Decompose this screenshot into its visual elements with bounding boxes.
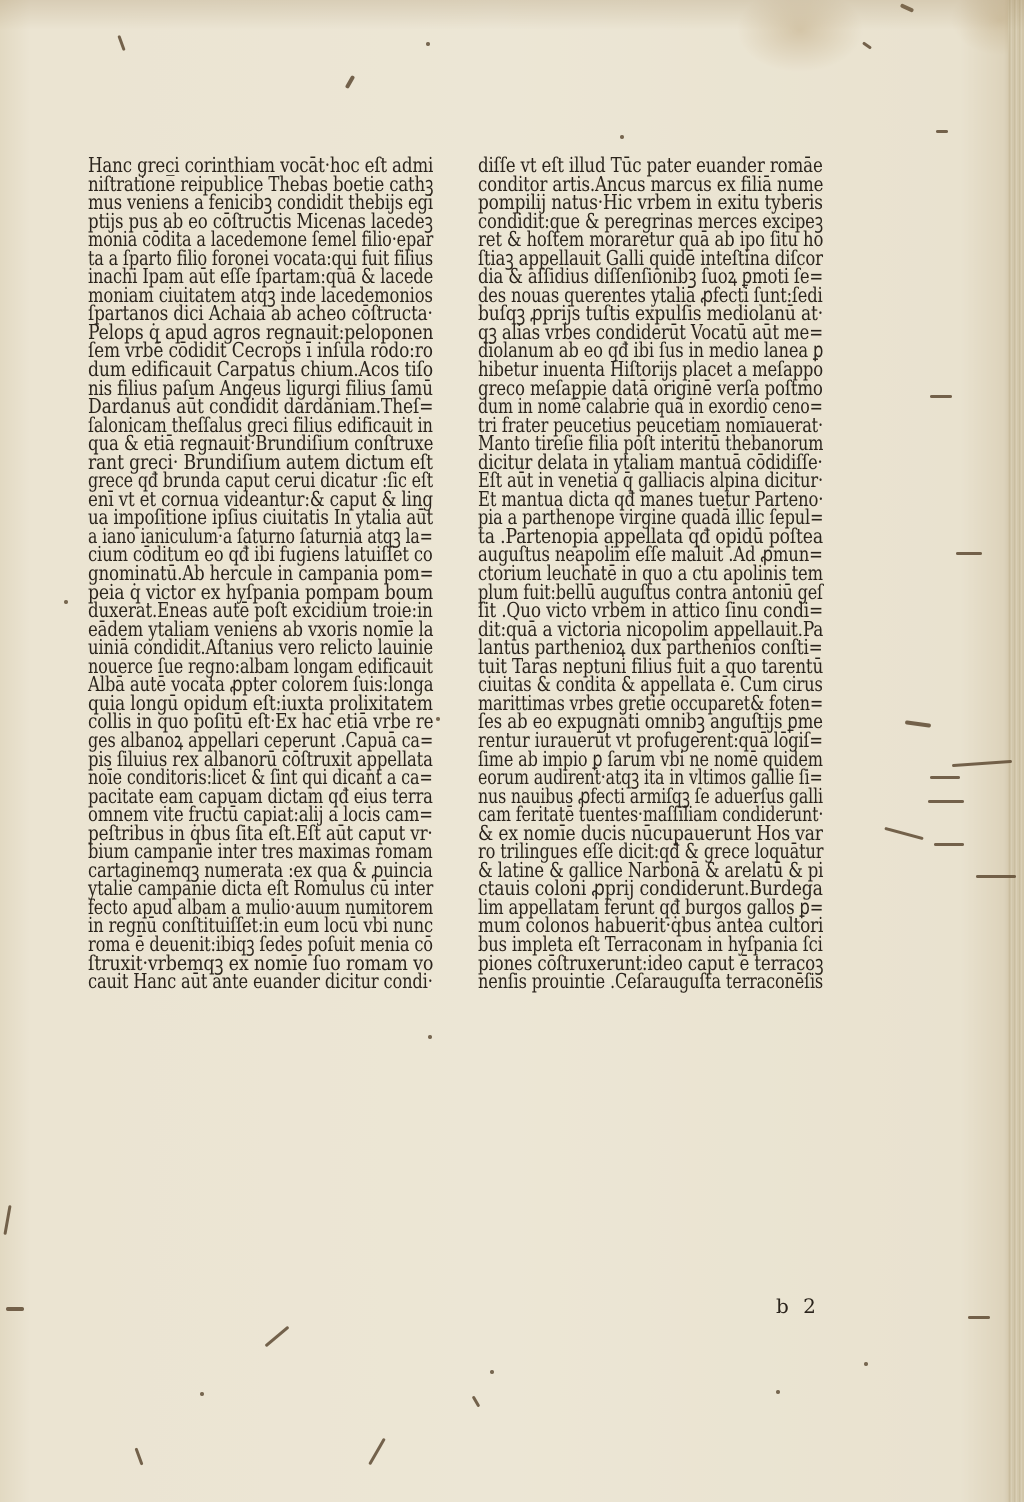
wormhole-mark — [956, 552, 982, 555]
wormhole-dot — [490, 1370, 494, 1374]
wormhole-mark — [930, 395, 952, 398]
wormhole-mark — [905, 720, 931, 728]
wormhole-mark — [884, 827, 923, 840]
text-line: cauit Hanc aūt ante euander dicitur cond… — [88, 972, 362, 991]
wormhole-mark — [3, 1205, 11, 1235]
wormhole-dot — [620, 135, 624, 139]
wormhole-dot — [200, 1392, 204, 1396]
wormhole-dot — [436, 717, 440, 721]
wormhole-mark — [472, 1396, 481, 1408]
text-column-right: diſſe vt eſt illud Tūc pater euander rom… — [478, 156, 823, 991]
signature-mark: b 2 — [776, 1294, 820, 1318]
page-edge-stack — [1008, 0, 1024, 1502]
wormhole-mark — [928, 800, 964, 803]
wormhole-dot — [428, 1035, 432, 1039]
wormhole-mark — [952, 760, 1012, 767]
manuscript-page: Hanc greci corinthiam vocāt·hoc eſt admi… — [0, 0, 1024, 1502]
wormhole-dot — [64, 600, 68, 604]
wormhole-mark — [900, 3, 914, 13]
wormhole-mark — [862, 41, 872, 49]
wormhole-mark — [968, 1316, 990, 1319]
wormhole-mark — [6, 1307, 24, 1311]
text-line: nenſis prouintie .Ceſarauguſta terraconē… — [478, 972, 749, 991]
wormhole-dot — [426, 42, 430, 46]
wormhole-mark — [976, 875, 1016, 878]
wormhole-mark — [934, 843, 964, 846]
wormhole-mark — [368, 1438, 386, 1465]
wormhole-mark — [936, 130, 948, 133]
wormhole-mark — [930, 776, 960, 779]
text-column-left: Hanc greci corinthiam vocāt·hoc eſt admi… — [88, 156, 433, 991]
wormhole-mark — [117, 35, 125, 51]
wormhole-dot — [776, 1390, 780, 1394]
wormhole-mark — [135, 1448, 144, 1466]
wormhole-mark — [265, 1326, 290, 1348]
wormhole-mark — [345, 75, 355, 89]
wormhole-dot — [864, 1362, 868, 1366]
